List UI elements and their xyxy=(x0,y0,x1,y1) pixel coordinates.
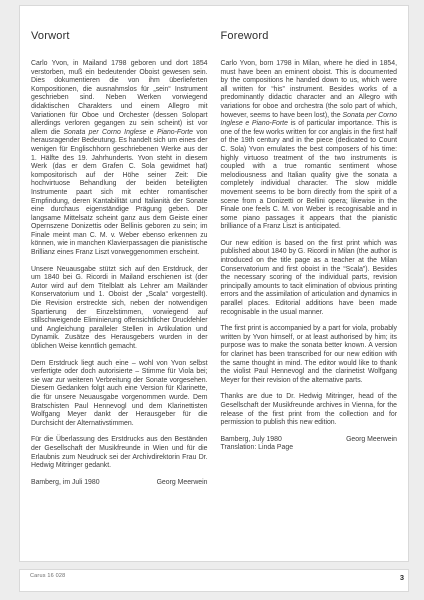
paragraph: Thanks are due to Dr. Hedwig Mitringer, … xyxy=(221,393,398,427)
translation-credit: Translation: Linda Page xyxy=(221,444,398,453)
paragraph: Our new edition is based on the first pr… xyxy=(221,240,398,317)
viewer-background: Vorwort Carlo Yvon, in Mailand 1798 gebo… xyxy=(0,0,424,600)
page-number: 3 xyxy=(400,573,404,582)
foreword-paragraphs: Carlo Yvon, born 1798 in Milan, where he… xyxy=(221,60,398,428)
paragraph: The first print is accompanied by a part… xyxy=(221,325,398,385)
paragraph: Dem Erstdruck liegt auch eine – wohl von… xyxy=(31,360,208,429)
document-page: Vorwort Carlo Yvon, in Mailand 1798 gebo… xyxy=(19,5,409,562)
paragraph: Unsere Neuausgabe stützt sich auf den Er… xyxy=(31,266,208,352)
signoff-foreword: Bamberg, July 1980 Georg Meerwein xyxy=(221,436,398,445)
heading-vorwort: Vorwort xyxy=(31,30,208,42)
paragraph: Carlo Yvon, in Mailand 1798 geboren und … xyxy=(31,60,208,258)
signoff-vorwort: Bamberg, im Juli 1980 Georg Meerwein xyxy=(31,479,208,488)
paragraph: Carlo Yvon, born 1798 in Milan, where he… xyxy=(221,60,398,232)
signoff-place-date: Bamberg, im Juli 1980 xyxy=(31,479,100,488)
column-foreword: Foreword Carlo Yvon, born 1798 in Milan,… xyxy=(221,30,398,561)
catalog-number: Carus 16 028 xyxy=(30,573,65,579)
signoff-author: Georg Meerwein xyxy=(346,436,397,445)
heading-foreword: Foreword xyxy=(221,30,398,42)
signoff-author: Georg Meerwein xyxy=(157,479,208,488)
page-footer: Carus 16 028 3 xyxy=(19,569,409,592)
column-vorwort: Vorwort Carlo Yvon, in Mailand 1798 gebo… xyxy=(31,30,208,561)
signoff-place-date: Bamberg, July 1980 xyxy=(221,436,282,445)
vorwort-paragraphs: Carlo Yvon, in Mailand 1798 geboren und … xyxy=(31,60,208,471)
paragraph: Für die Überlassung des Erstdrucks aus d… xyxy=(31,436,208,470)
